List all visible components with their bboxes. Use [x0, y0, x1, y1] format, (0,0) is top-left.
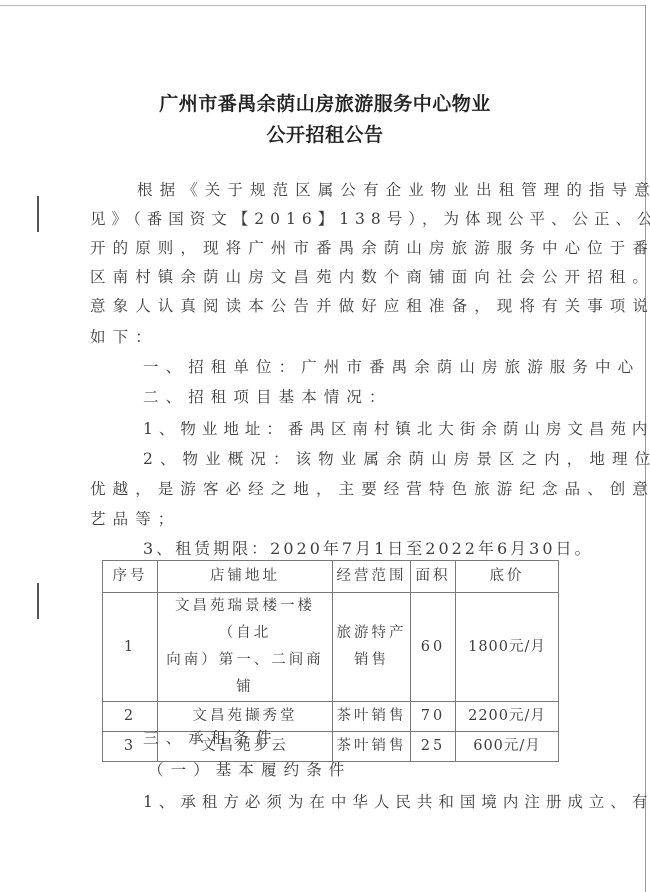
section-project-heading: 二、招租项目基本情况： — [143, 387, 392, 407]
cell-area: 70 — [411, 702, 456, 732]
cell-area: 25 — [411, 732, 456, 762]
header-price: 底价 — [456, 561, 559, 593]
header-no: 序号 — [103, 561, 158, 593]
address-line: 文昌苑瑞景楼一楼（自北 — [158, 593, 332, 647]
intro-line: 见》（番国资文【2016】138号），为体现公平、公正、公 — [90, 209, 650, 229]
section-lessor-unit: 一、招租单位：广州市番禺余荫山房旅游服务中心 — [143, 357, 640, 377]
intro-line: 区南村镇余荫山房文昌苑内数个商铺面向社会公开招租。请 — [90, 267, 650, 287]
table-header-row: 序号 店铺地址 经营范围 面积 底价 — [103, 561, 559, 593]
scope-line: 旅游特产 — [333, 620, 410, 647]
address-line: 向南）第一、二间商铺 — [158, 647, 332, 701]
document-title-line1: 广州市番禺余荫山房旅游服务中心物业 — [0, 89, 650, 116]
header-scope: 经营范围 — [333, 561, 411, 593]
table-row: 2 文昌苑撷秀堂 茶叶销售 70 2200元/月 — [103, 702, 559, 732]
binding-mark-lower — [37, 583, 39, 619]
overview-line: 艺品等； — [90, 509, 180, 529]
header-area: 面积 — [411, 561, 456, 593]
item-lease-term: 3、租赁期限：2020年7月1日至2022年6月30日。 — [143, 539, 594, 559]
binding-mark-upper — [37, 196, 39, 232]
intro-line: 根据《关于规范区属公有企业物业出租管理的指导意 — [137, 180, 650, 200]
item-property-address: 1、物业地址：番禺区南村镇北大街余荫山房文昌苑内； — [143, 419, 650, 439]
subsection-basic-conditions: （一）基本履约条件 — [148, 760, 351, 780]
header-address: 店铺地址 — [158, 561, 333, 593]
scan-page-edge-top — [0, 5, 645, 6]
cell-price: 2200元/月 — [456, 702, 559, 732]
intro-line: 开的原则，现将广州市番禺余荫山房旅游服务中心位于番禺 — [90, 238, 650, 258]
intro-line: 如下： — [90, 327, 158, 347]
cell-no: 1 — [103, 593, 158, 702]
cell-address: 文昌苑瑞景楼一楼（自北 向南）第一、二间商铺 — [158, 593, 333, 702]
overview-line: 优越，是游客必经之地，主要经营特色旅游纪念品、创意工 — [90, 479, 650, 499]
cell-scope: 茶叶销售 — [333, 702, 411, 732]
scope-line: 销售 — [333, 647, 410, 674]
cell-address: 文昌苑撷秀堂 — [158, 702, 333, 732]
cell-area: 60 — [411, 593, 456, 702]
table-row: 1 文昌苑瑞景楼一楼（自北 向南）第一、二间商铺 旅游特产 销售 60 1800… — [103, 593, 559, 702]
intro-line: 意象人认真阅读本公告并做好应租准备，现将有关事项说明 — [90, 296, 650, 316]
document-title-line2: 公开招租公告 — [0, 120, 650, 147]
cell-scope: 茶叶销售 — [333, 732, 411, 762]
cell-price: 1800元/月 — [456, 593, 559, 702]
condition-item-1: 1、承租方必须为在中华人民共和国境内注册成立、有 — [143, 792, 650, 812]
overview-line: 2、物业概况：该物业属余荫山房景区之内，地理位置 — [143, 449, 650, 469]
cell-no: 2 — [103, 702, 158, 732]
cell-price: 600元/月 — [456, 732, 559, 762]
cell-scope: 旅游特产 销售 — [333, 593, 411, 702]
section-lease-conditions: 三、承租条件 — [143, 728, 279, 748]
